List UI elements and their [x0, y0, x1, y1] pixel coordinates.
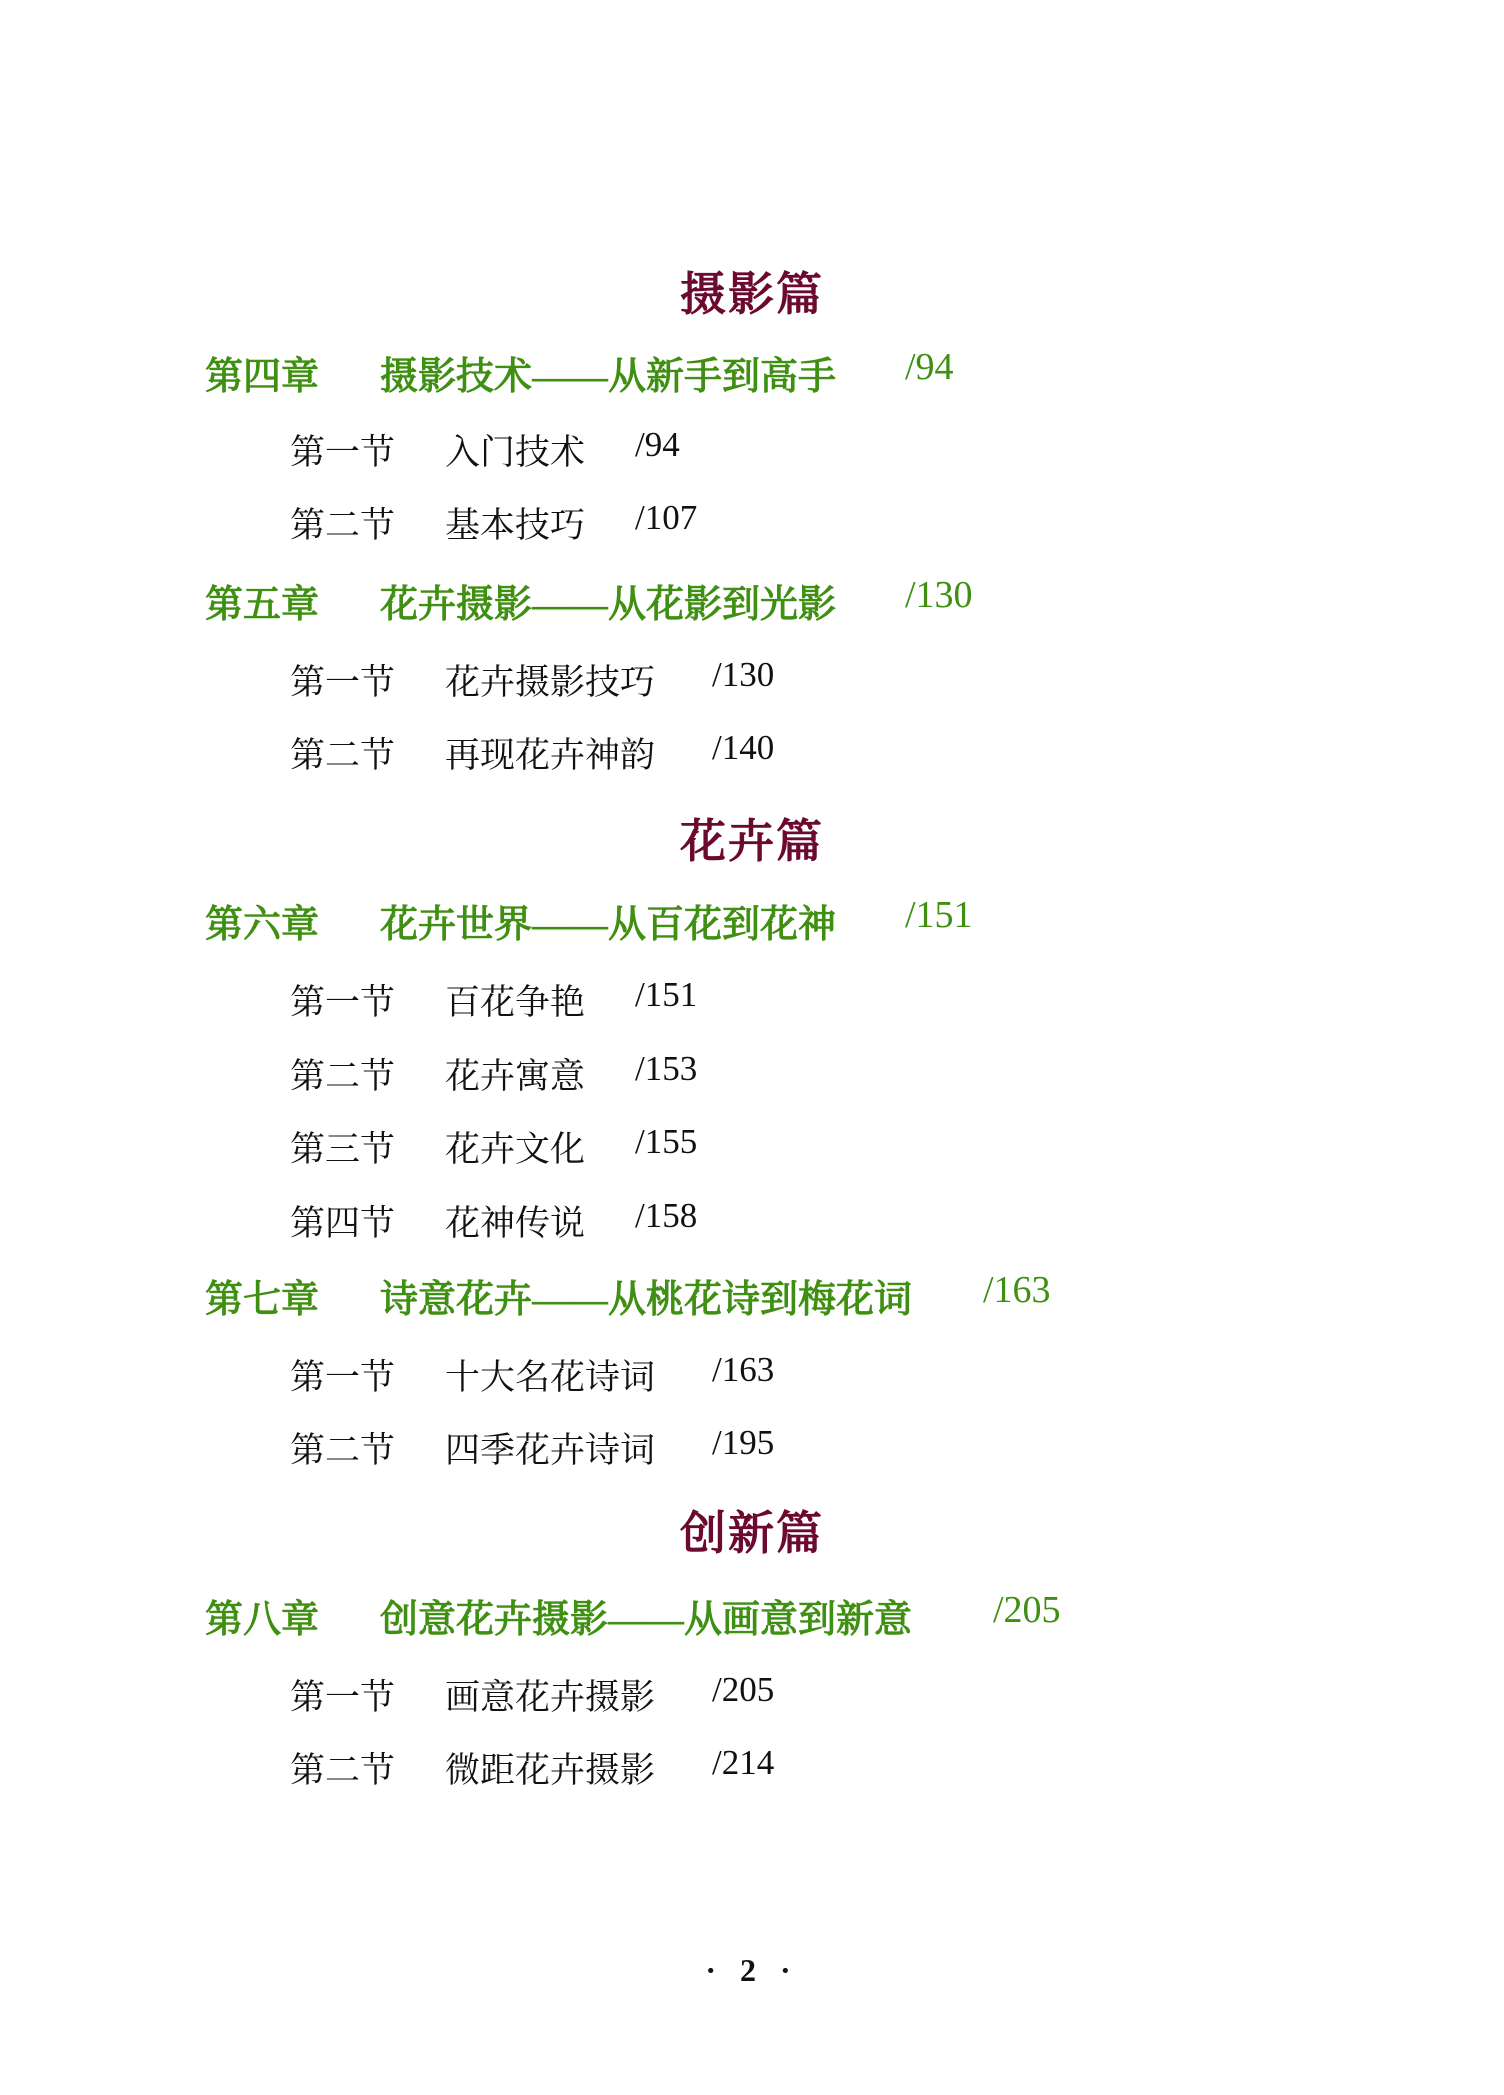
chapter-number: 第四章 [205, 345, 319, 400]
section-title: 再现花卉神韵 [445, 728, 655, 778]
section-page: /163 [712, 1350, 774, 1390]
chapter-number: 第五章 [205, 573, 319, 628]
section-title: 微距花卉摄影 [445, 1743, 655, 1793]
section-number: 第三节 [290, 1122, 395, 1172]
chapter-number: 第六章 [205, 893, 319, 948]
section-page: /140 [712, 728, 774, 768]
chapter-page: /151 [905, 893, 973, 937]
section-title: 花卉摄影技巧 [445, 655, 655, 705]
section-title: 基本技巧 [445, 498, 585, 548]
section-title: 花卉文化 [445, 1122, 585, 1172]
section-number: 第二节 [290, 1423, 395, 1473]
section-page: /195 [712, 1423, 774, 1463]
section-page: /205 [712, 1670, 774, 1710]
chapter-title: 摄影技术——从新手到高手 [380, 345, 836, 400]
section-number: 第一节 [290, 655, 395, 705]
section-page: /153 [635, 1049, 697, 1089]
section-page: /158 [635, 1196, 697, 1236]
chapter-page: /94 [905, 345, 954, 389]
part-title: 创新篇 [0, 1497, 1504, 1563]
part-title: 摄影篇 [0, 258, 1504, 324]
section-number: 第一节 [290, 1670, 395, 1720]
section-number: 第一节 [290, 1350, 395, 1400]
section-number: 第二节 [290, 1049, 395, 1099]
chapter-page: /130 [905, 573, 973, 617]
chapter-title: 创意花卉摄影——从画意到新意 [380, 1588, 912, 1643]
section-number: 第一节 [290, 975, 395, 1025]
section-page: /130 [712, 655, 774, 695]
section-page: /151 [635, 975, 697, 1015]
section-page: /94 [635, 425, 680, 465]
part-title: 花卉篇 [0, 805, 1504, 871]
chapter-title: 诗意花卉——从桃花诗到梅花词 [380, 1268, 912, 1323]
section-title: 画意花卉摄影 [445, 1670, 655, 1720]
section-page: /214 [712, 1743, 774, 1783]
section-title: 花神传说 [445, 1196, 585, 1246]
section-title: 十大名花诗词 [445, 1350, 655, 1400]
section-number: 第二节 [290, 498, 395, 548]
section-number: 第一节 [290, 425, 395, 475]
section-title: 四季花卉诗词 [445, 1423, 655, 1473]
section-number: 第二节 [290, 1743, 395, 1793]
section-title: 花卉寓意 [445, 1049, 585, 1099]
section-page: /155 [635, 1122, 697, 1162]
page-number: · 2 · [0, 1952, 1504, 1989]
section-page: /107 [635, 498, 697, 538]
section-title: 百花争艳 [445, 975, 585, 1025]
section-number: 第四节 [290, 1196, 395, 1246]
chapter-page: /205 [993, 1588, 1061, 1632]
chapter-title: 花卉摄影——从花影到光影 [380, 573, 836, 628]
chapter-number: 第七章 [205, 1268, 319, 1323]
chapter-page: /163 [983, 1268, 1051, 1312]
chapter-number: 第八章 [205, 1588, 319, 1643]
chapter-title: 花卉世界——从百花到花神 [380, 893, 836, 948]
section-number: 第二节 [290, 728, 395, 778]
section-title: 入门技术 [445, 425, 585, 475]
